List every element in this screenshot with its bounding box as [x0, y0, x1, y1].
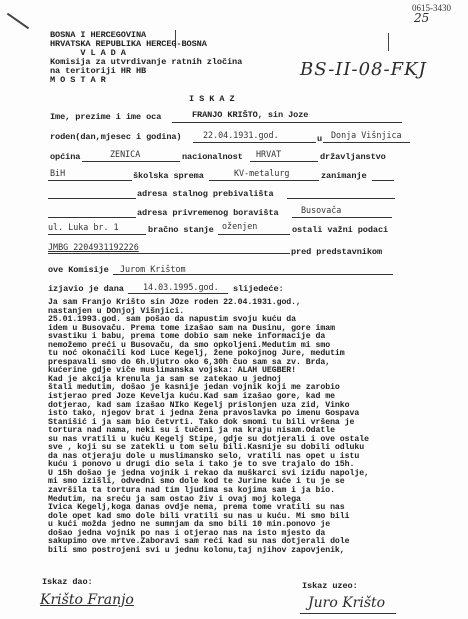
temporary-address-underline-left — [48, 217, 136, 218]
born-value: 22.04.1931.god. — [203, 130, 279, 140]
jmbg-value: JMBG 2204931192226 — [48, 242, 139, 252]
statement-taken-signature: Juro Krišto — [308, 595, 385, 611]
commission-value: Jurom Krištom — [120, 264, 186, 274]
name-value: FRANJO KRIŠTO, sin Joze — [192, 111, 308, 120]
nationality-underline — [250, 161, 318, 162]
name-label: Ime, prezime i ime oca — [50, 113, 161, 122]
scan-mark — [7, 13, 29, 30]
marital-label: bračno stanje — [148, 226, 214, 235]
statement-given-signature: Krišto Franjo — [40, 592, 134, 608]
temporary-address-underline — [292, 217, 392, 218]
taken-signature-underline — [300, 613, 396, 614]
municipality-underline — [82, 161, 180, 162]
scan-mark — [388, 33, 389, 51]
commission-underline — [113, 274, 393, 275]
education-label: školska sprema — [133, 172, 204, 181]
born-label: roden(dan,mjesec i godina) — [50, 133, 182, 142]
letterhead: BOSNA I HERCEGOVINA HRVATSKA REPUBLIKA H… — [50, 31, 242, 85]
marital-value: oženjen — [222, 221, 257, 231]
statement-given-label: Iskaz dao: — [42, 578, 93, 587]
permanent-address-underline-left — [48, 198, 136, 199]
statement-line: bili smo postrojeni svi u jednu kolonu,t… — [48, 547, 369, 556]
commission-label: ove Komisije — [48, 266, 109, 275]
handwritten-reference: BS-II-08-FKJ — [300, 59, 427, 80]
stated-value: 14.03.1995.god. — [143, 282, 219, 292]
municipality-label: općina — [50, 153, 80, 162]
citizenship-underline — [48, 180, 132, 181]
born-in-value: Donja Višnjica — [331, 130, 402, 140]
document-title: I S K A Z — [189, 95, 235, 104]
municipality-value: ZENICA — [110, 149, 140, 159]
statement-taken-label: Iskaz uzeo: — [302, 582, 358, 591]
letterhead-line: M O S T A R — [50, 76, 242, 85]
stated-label: izjavio je dana — [48, 285, 124, 294]
jmbg-underline — [48, 253, 290, 254]
permanent-address-underline — [287, 198, 395, 199]
street-value: ul. Luka br. 1 — [48, 222, 119, 232]
citizenship-label: državljanstvo — [320, 153, 386, 162]
occupation-underline — [372, 180, 394, 181]
temporary-address-value: Busovača — [301, 205, 341, 215]
before-representative-label: pred predstavnikom — [291, 248, 382, 257]
citizenship-value: BiH — [50, 168, 65, 178]
born-in-label: u — [317, 135, 322, 144]
born-in-underline — [323, 142, 410, 143]
statement-body: Ja sam Franjo Krišto sin JOze roden 22.0… — [48, 299, 369, 555]
occupation-label: zanimanje — [321, 172, 367, 181]
marital-underline — [218, 234, 290, 235]
education-value: KV-metalurg — [234, 168, 289, 178]
temporary-address-label: adresa privremenog boravišta — [137, 209, 279, 218]
stated-underline — [128, 293, 228, 294]
name-underline — [172, 122, 402, 123]
street-underline — [48, 234, 146, 235]
handwritten-page-number: 25 — [414, 11, 429, 25]
born-underline — [193, 142, 316, 143]
nationality-label: nacionalnost — [182, 153, 243, 162]
other-data-label: ostali važni podaci — [292, 226, 388, 235]
education-underline — [209, 180, 319, 181]
nationality-value: HRVAT — [256, 149, 281, 159]
following-label: slijedeće: — [233, 285, 284, 294]
permanent-address-label: adresa stalnog prebivališta — [137, 190, 274, 199]
